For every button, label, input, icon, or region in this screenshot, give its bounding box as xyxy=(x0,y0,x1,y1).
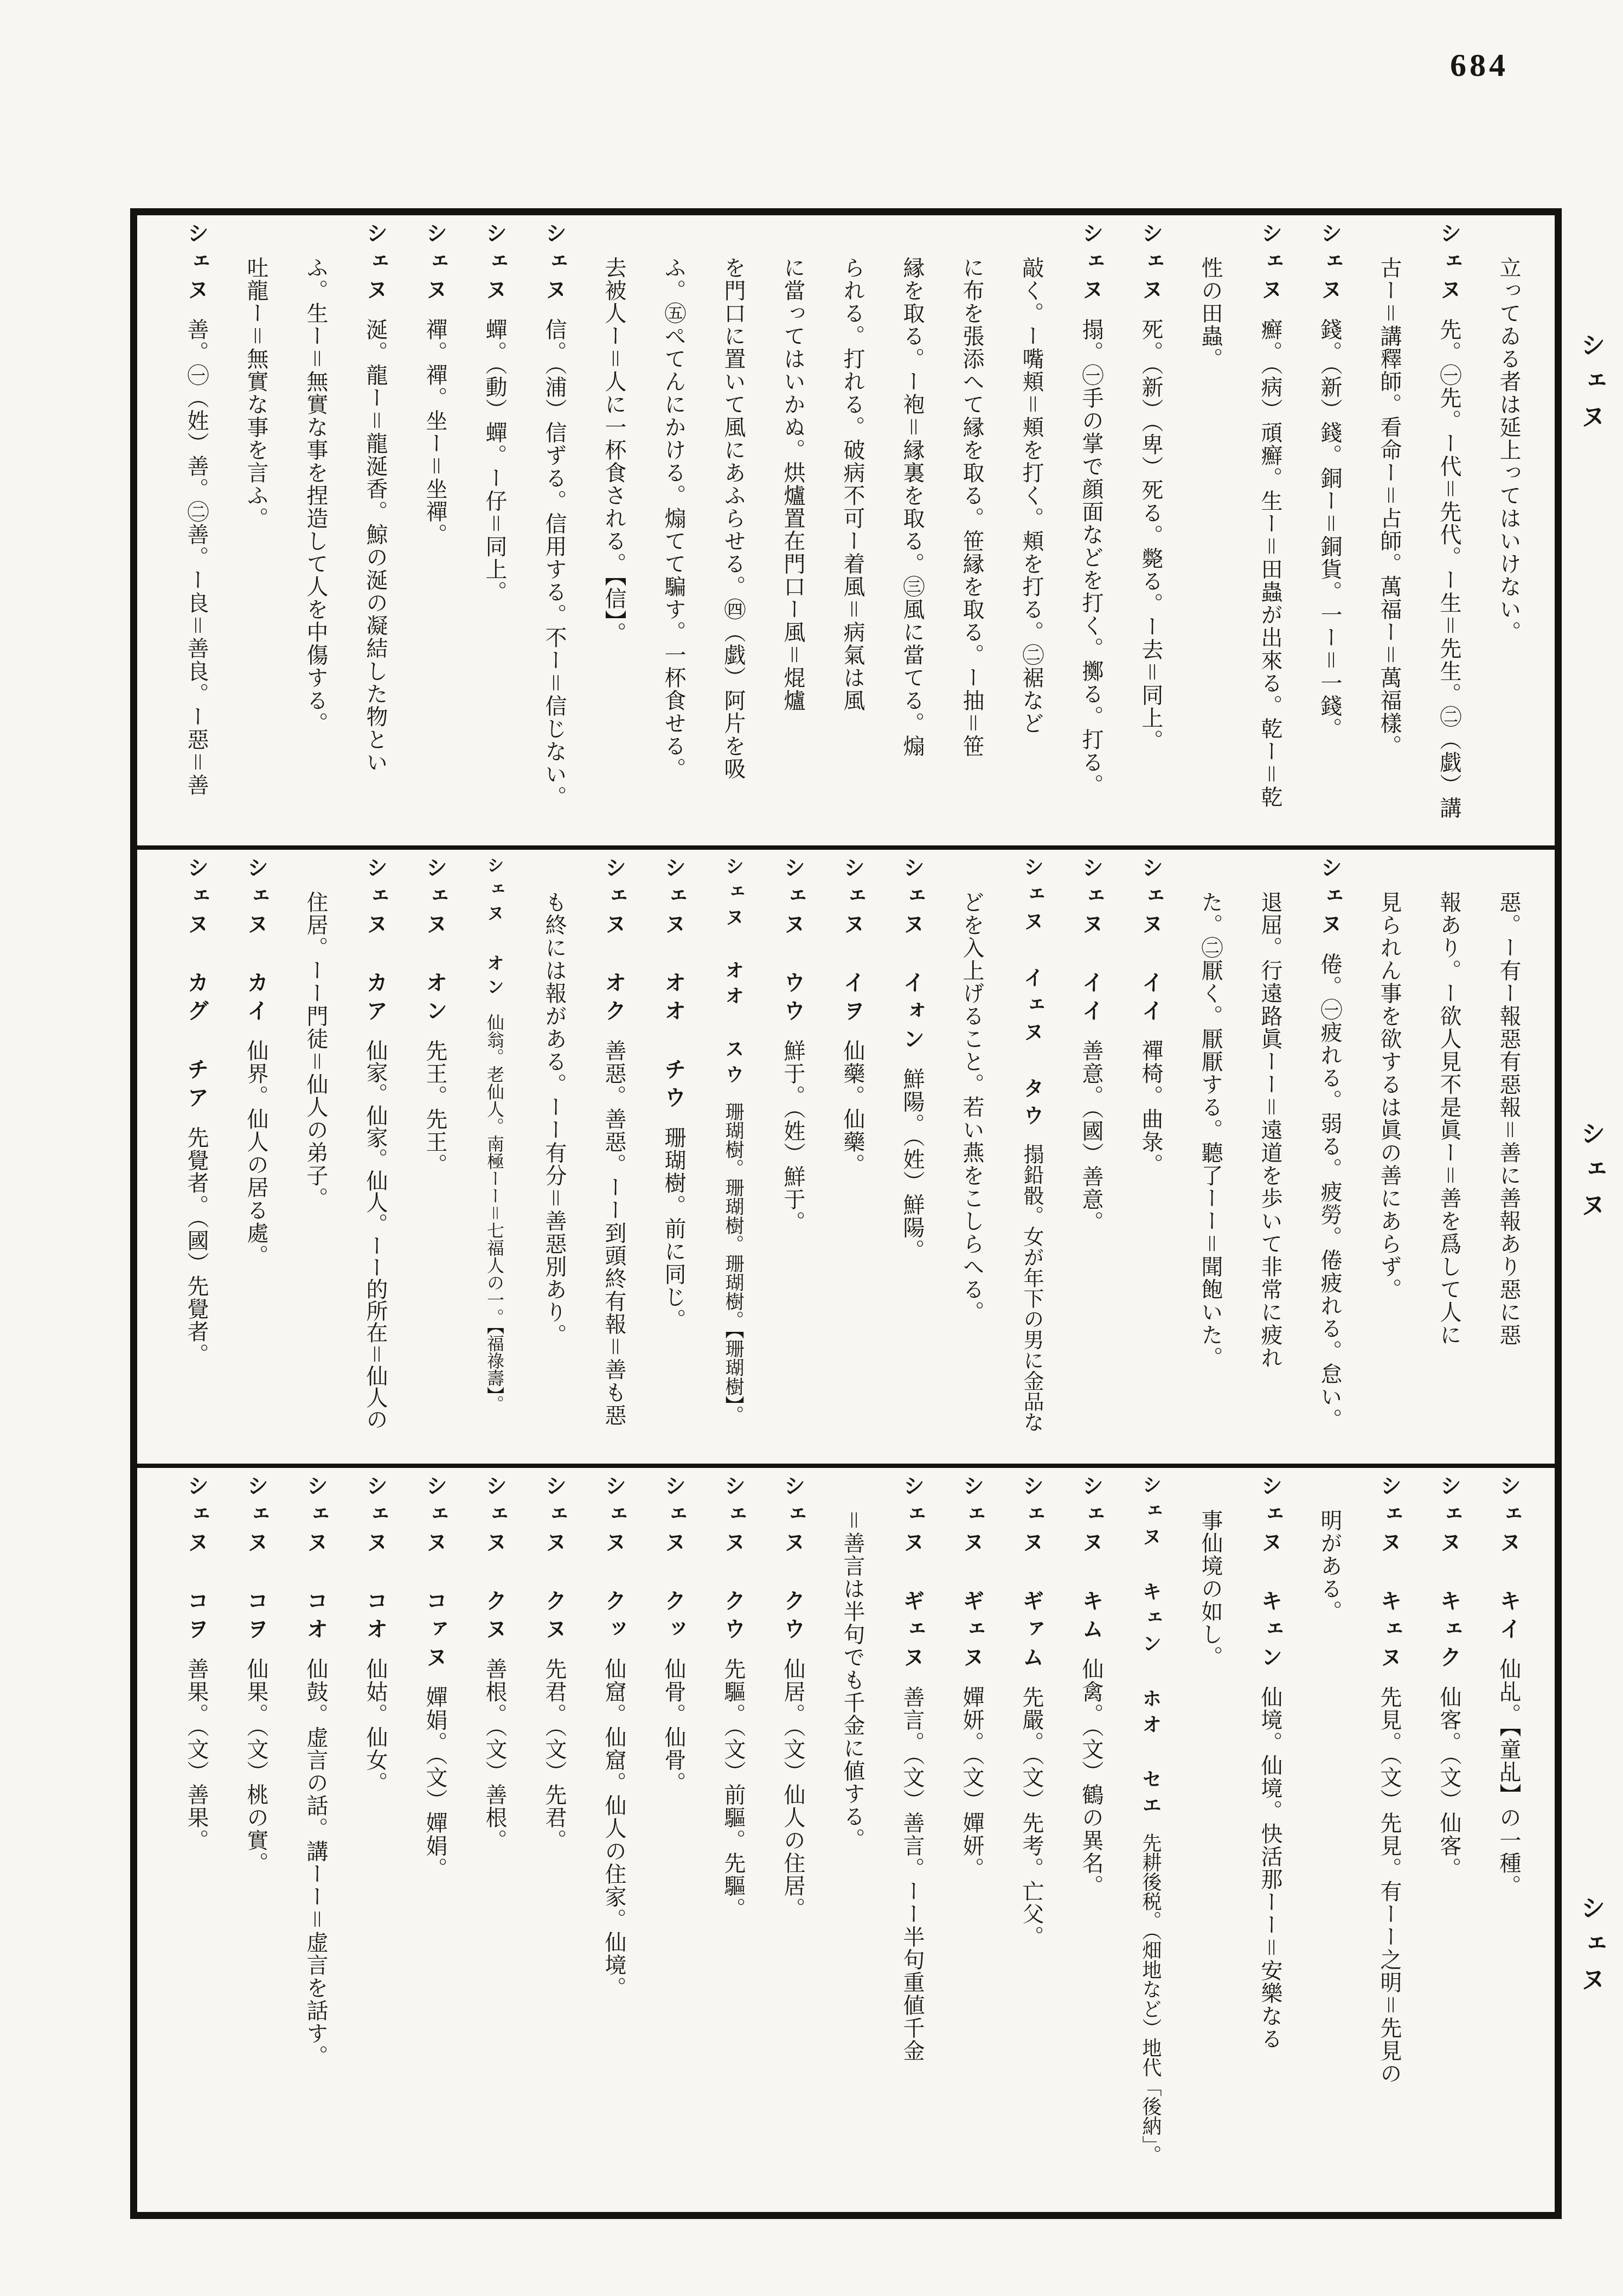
entry-headword: シェヌ イイ xyxy=(1139,856,1163,1040)
entry-column: シェヌ癬。（病）頑癬。生ー＝田蟲が出來る。乾ー＝乾 xyxy=(1240,222,1300,840)
entry-headword: シェヌ コオ xyxy=(363,1474,387,1658)
entry-text: 先耕後税。（畑地など）地代「後納」。 xyxy=(1140,1833,1162,2165)
entry-column: シェヌ ギェヌ嬋妍。（文）嬋妍。 xyxy=(942,1474,1002,2207)
entry-headword: シェヌ ギァム xyxy=(1019,1474,1043,1686)
entry-headword: シェヌ オン xyxy=(485,856,504,1014)
entry-text: 信。（浦）信ずる。信用する。不ー＝信じない。 xyxy=(542,318,567,809)
entry-column: シェヌ善。㊀（姓）善。㊁善。ー良＝善良。ー惡＝善 xyxy=(166,222,226,840)
entry-column: シェヌ倦。㊀疲れる。弱る。疲勞。倦疲れる。怠い。 xyxy=(1300,856,1359,1458)
entry-column: シェヌ オン仙翁。老仙人。南極ーー＝七福人の一。【福祿壽】。 xyxy=(465,856,524,1458)
entry-text: 先見。（文）先見。有ーー之明＝先見の xyxy=(1377,1686,1402,2085)
entry-column: シェヌ錢。（新）錢。銅ー＝銅貨。一ー＝一錢。 xyxy=(1300,222,1359,840)
entry-column: 性の田蟲。 xyxy=(1181,222,1240,840)
entry-headword: シェヌ オオ スウ xyxy=(723,856,744,1102)
entry-text: 禪椅。曲彔。 xyxy=(1139,1040,1163,1176)
entry-text: 仙骨。仙骨。 xyxy=(662,1658,686,1794)
entry-headword: シェヌ キェン ホオ セエ xyxy=(1140,1474,1162,1833)
entry-text: 善根。（文）善根。 xyxy=(483,1658,507,1852)
entry-column: シェヌ禪。禪。坐ー＝坐禪。 xyxy=(405,222,465,840)
entry-column: シェヌ コァヌ嬋娟。（文）嬋娟。 xyxy=(405,1474,465,2207)
band-bottom: シェヌ キイ仙乩。【童乩】の一種。シェヌ キェク仙客。（文）仙客。シェヌ キェヌ… xyxy=(137,1468,1555,2212)
entry-column: シェヌ イェヌ タウ搨鉛骰。女が年下の男に金品な xyxy=(1002,856,1061,1458)
entry-column: シェヌ ギェヌ善言。（文）善言。ーー半句重値千金 xyxy=(882,1474,942,2207)
entry-column: シェヌ信。（浦）信ずる。信用する。不ー＝信じない。 xyxy=(524,222,584,840)
entry-headword: シェヌ ウウ xyxy=(781,856,805,1040)
entry-text: 嬋娟。（文）嬋娟。 xyxy=(423,1686,447,1880)
entry-column: ふ。㊄ぺてんにかける。煽てて騙す。一杯食せる。 xyxy=(644,222,703,840)
entry-headword: シェヌ xyxy=(483,222,506,318)
entry-column: シェヌ キェヌ先見。（文）先見。有ーー之明＝先見の xyxy=(1359,1474,1419,2207)
margin-label-middle: シェヌ xyxy=(1574,1120,1609,1228)
entry-column: シェヌ クウ仙居。（文）仙人の住居。 xyxy=(763,1474,823,2207)
entry-text: 先覺者。（國）先覺者。 xyxy=(184,1126,209,1366)
page-number: 684 xyxy=(1420,47,1539,84)
entry-column: シェヌ搨。㊀手の掌で顔面などを打く。擲る。打る。 xyxy=(1061,222,1121,840)
entry-column: シェヌ キェン ホオ セエ先耕後税。（畑地など）地代「後納」。 xyxy=(1121,1474,1181,2207)
entry-headword: シェヌ ギェヌ xyxy=(960,1474,984,1686)
entry-text: 珊瑚樹。珊瑚樹。珊瑚樹。【珊瑚樹】。 xyxy=(723,1102,744,1425)
entry-column: どを入上げること。若い燕をこしらへる。 xyxy=(942,856,1002,1458)
entry-column: た。㊁厭く。厭厭する。聽了ーー＝聞飽いた。 xyxy=(1181,856,1240,1458)
entry-column: 退屈。行遠路眞ーー＝遠道を歩いて非常に疲れ xyxy=(1240,856,1300,1458)
entry-headword: シェヌ カア xyxy=(363,856,387,1040)
entry-headword: シェヌ カイ xyxy=(244,856,268,1040)
entry-text: 先嚴。（文）先考。亡父。 xyxy=(1019,1686,1044,1948)
entry-headword: シェヌ オン xyxy=(423,856,447,1040)
entry-text: 惡。ー有ー報惡有惡報＝善に善報あり惡に惡 xyxy=(1497,891,1521,1346)
entry-text: に當ってはいかぬ。烘爐置在門口ー風＝焜爐 xyxy=(781,256,805,712)
entry-text: 搨。㊀手の掌で顔面などを打く。擲る。打る。 xyxy=(1079,318,1104,797)
entry-text: 仙居。（文）仙人の住居。 xyxy=(781,1658,805,1920)
entry-column: シェヌ カグ チア先覺者。（國）先覺者。 xyxy=(166,856,226,1458)
entry-column: シェヌ コオ仙姑。仙女。 xyxy=(345,1474,405,2207)
entry-headword: シェヌ クウ xyxy=(721,1474,745,1658)
entry-column: シェヌ クヌ先君。（文）先君。 xyxy=(524,1474,584,2207)
entry-column: シェヌ オク善惡。善惡。ーー到頭終有報＝善も惡 xyxy=(584,856,644,1458)
entry-headword: シェヌ コオ xyxy=(304,1474,328,1658)
entry-column: シェヌ オオ スウ珊瑚樹。珊瑚樹。珊瑚樹。【珊瑚樹】。 xyxy=(703,856,763,1458)
entry-column: シェヌ キム仙禽。（文）鶴の異名。 xyxy=(1061,1474,1121,2207)
band-top: 立ってゐる者は延上ってはいけない。シェヌ先。㊀先。ー代＝先代。ー生＝先生。㊁（戯… xyxy=(137,215,1555,850)
entry-text: 鮮陽。（姓）鮮陽。 xyxy=(900,1068,925,1262)
entry-column: ＝善言は半句でも千金に値する。 xyxy=(823,1474,882,2207)
entry-text: 先。㊀先。ー代＝先代。ー生＝先生。㊁（戯）講 xyxy=(1437,318,1461,819)
entry-column: シェヌ ギァム先嚴。（文）先考。亡父。 xyxy=(1002,1474,1061,2207)
margin-label-bottom: シェヌ xyxy=(1574,1895,1609,2002)
entry-column: シェヌ クヌ善根。（文）善根。 xyxy=(465,1474,524,2207)
entry-column: シェヌ オオ チウ珊瑚樹。前に同じ。 xyxy=(644,856,703,1458)
entry-column: 去被人ー＝人に一杯食される。【信】。 xyxy=(584,222,644,840)
entry-column: シェヌ イヲ仙藥。仙藥。 xyxy=(823,856,882,1458)
entry-text: 性の田蟲。 xyxy=(1198,256,1223,370)
entry-column: シェヌ蟬。（動）蟬。ー仔＝同上。 xyxy=(465,222,524,840)
entry-text: 仙翁。老仙人。南極ーー＝七福人の一。【福祿壽】。 xyxy=(485,1014,504,1413)
entry-text: 善。㊀（姓）善。㊁善。ー良＝善良。ー惡＝善 xyxy=(184,318,209,797)
entry-text: 善果。（文）善果。 xyxy=(184,1658,209,1852)
entry-text: 明がある。 xyxy=(1318,1509,1342,1623)
entry-text: 蟬。（動）蟬。ー仔＝同上。 xyxy=(483,318,507,604)
entry-text: られる。打れる。破病不可ー着風＝病氣は風 xyxy=(841,256,865,712)
entry-headword: シェヌ コヲ xyxy=(244,1474,268,1658)
entry-headword: シェヌ xyxy=(1437,222,1461,318)
entry-column: シェヌ コヲ仙果。（文）桃の實。 xyxy=(226,1474,286,2207)
entry-headword: シェヌ クウ xyxy=(781,1474,805,1658)
entry-text: 見られん事を欲するは眞の善にあらず。 xyxy=(1377,891,1402,1301)
entry-headword: シェヌ イイ xyxy=(1079,856,1103,1040)
entry-headword: シェヌ xyxy=(423,222,447,318)
entry-text: 先王。先王。 xyxy=(423,1040,447,1176)
entry-text: 立ってゐる者は延上ってはいけない。 xyxy=(1497,256,1521,644)
entry-column: 吐龍ー＝無實な事を言ふ。 xyxy=(226,222,286,840)
entry-column: 立ってゐる者は延上ってはいけない。 xyxy=(1479,222,1538,840)
entry-text: 吐龍ー＝無實な事を言ふ。 xyxy=(244,256,268,530)
entry-headword: シェヌ ギェヌ xyxy=(900,1474,924,1686)
entry-text: どを入上げること。若い燕をこしらへる。 xyxy=(960,891,984,1324)
page-frame: 立ってゐる者は延上ってはいけない。シェヌ先。㊀先。ー代＝先代。ー生＝先生。㊁（戯… xyxy=(130,208,1562,2219)
entry-text: 古ー＝講釋師。看命ー＝占師。萬福ー＝萬福樣。 xyxy=(1377,256,1402,758)
entry-column: シェヌ クッ仙骨。仙骨。 xyxy=(644,1474,703,2207)
entry-text: 涎。龍ー＝龍涎香。鯨の涎の凝結した物とい xyxy=(363,318,388,774)
entry-column: シェヌ キイ仙乩。【童乩】の一種。 xyxy=(1479,1474,1538,2207)
entry-text: 先驅。（文）前驅。先驅。 xyxy=(721,1658,746,1920)
entry-text: 死。（新）（卑）死る。斃る。ー去＝同上。 xyxy=(1139,318,1163,752)
entry-column: シェヌ ウウ鮮于。（姓）鮮于。 xyxy=(763,856,823,1458)
entry-headword: シェヌ クッ xyxy=(602,1474,626,1658)
entry-text: ふ。㊄ぺてんにかける。煽てて騙す。一杯食せる。 xyxy=(662,256,686,780)
entry-column: シェヌ先。㊀先。ー代＝先代。ー生＝先生。㊁（戯）講 xyxy=(1419,222,1479,840)
entry-headword: シェヌ キイ xyxy=(1497,1474,1521,1658)
entry-text: 仙界。仙人の居る處。 xyxy=(244,1040,268,1267)
entry-text: 倦。㊀疲れる。弱る。疲勞。倦疲れる。怠い。 xyxy=(1318,953,1342,1431)
entry-text: 嬋妍。（文）嬋妍。 xyxy=(960,1686,984,1880)
entry-text: 仙姑。仙女。 xyxy=(363,1658,388,1794)
entry-text: 事仙境の如し。 xyxy=(1198,1509,1223,1669)
entry-headword: シェヌ xyxy=(1079,222,1103,318)
entry-headword: シェヌ クッ xyxy=(662,1474,685,1658)
entry-headword: シェヌ イェヌ タウ xyxy=(1020,856,1043,1144)
entry-headword: シェヌ コヲ xyxy=(184,1474,208,1658)
entry-column: 惡。ー有ー報惡有惡報＝善に善報あり惡に惡 xyxy=(1479,856,1538,1458)
entry-column: シェヌ死。（新）（卑）死る。斃る。ー去＝同上。 xyxy=(1121,222,1181,840)
entry-column: も終には報がある。ーー有分＝善惡別あり。 xyxy=(524,856,584,1458)
entry-text: 錢。（新）錢。銅ー＝銅貨。一ー＝一錢。 xyxy=(1318,318,1342,740)
entry-column: を門口に置いて風にあふらせる。㊃（戯）阿片を吸 xyxy=(703,222,763,840)
entry-column: 縁を取る。ー袍＝縁裏を取る。㊂風に當てる。煽 xyxy=(882,222,942,840)
entry-column: シェヌ イイ善意。（國）善意。 xyxy=(1061,856,1121,1458)
entry-headword: シェヌ クヌ xyxy=(542,1474,566,1658)
entry-text: 仙鼓。虚言の話。講ーー＝虚言を話す。 xyxy=(304,1658,328,2068)
entry-text: 珊瑚樹。前に同じ。 xyxy=(662,1126,686,1331)
entry-text: 去被人ー＝人に一杯食される。【信】。 xyxy=(602,256,626,645)
entry-column: 事仙境の如し。 xyxy=(1181,1474,1240,2207)
entry-text: ＝善言は半句でも千金に値する。 xyxy=(841,1509,865,1851)
entry-headword: シェヌ コァヌ xyxy=(423,1474,447,1686)
entry-text: 敲く。ー嘴頬＝頬を打く。頬を打る。㊁裾など xyxy=(1019,256,1044,735)
entry-headword: シェヌ イォン xyxy=(900,856,924,1068)
entry-headword: シェヌ キム xyxy=(1079,1474,1103,1658)
entry-text: 禪。禪。坐ー＝坐禪。 xyxy=(423,318,447,546)
entry-headword: シェヌ xyxy=(1258,222,1282,318)
entry-text: 仙禽。（文）鶴の異名。 xyxy=(1079,1658,1104,1897)
entry-text: 仙乩。【童乩】の一種。 xyxy=(1497,1658,1521,1897)
entry-column: 敲く。ー嘴頬＝頬を打く。頬を打る。㊁裾など xyxy=(1002,222,1061,840)
entry-headword: シェヌ オク xyxy=(602,856,626,1040)
entry-text: 仙藥。仙藥。 xyxy=(841,1040,865,1176)
entry-text: 仙果。（文）桃の實。 xyxy=(244,1658,268,1875)
entry-text: 仙窟。仙窟。仙人の住家。仙境。 xyxy=(602,1658,626,1999)
entry-column: に布を張添へて縁を取る。笹縁を取る。ー抽＝笹 xyxy=(942,222,1002,840)
entry-text: 先君。（文）先君。 xyxy=(542,1658,567,1852)
entry-text: 善意。（國）善意。 xyxy=(1079,1040,1104,1234)
entry-headword: シェヌ キェク xyxy=(1437,1474,1461,1686)
entry-text: ふ。生ー＝無實な事を捏造して人を中傷する。 xyxy=(304,256,328,735)
entry-text: 住居。ーー門徒＝仙人の弟子。 xyxy=(304,891,328,1210)
entry-column: に當ってはいかぬ。烘爐置在門口ー風＝焜爐 xyxy=(763,222,823,840)
entry-headword: シェヌ クヌ xyxy=(483,1474,506,1658)
entry-column: ふ。生ー＝無實な事を捏造して人を中傷する。 xyxy=(286,222,345,840)
entry-text: 仙家。仙家。仙人。ーー的所在＝仙人の xyxy=(363,1040,388,1430)
entry-text: 仙境。仙境。快活那ーー＝安樂なる xyxy=(1258,1686,1282,2050)
entry-text: 仙客。（文）仙客。 xyxy=(1437,1686,1461,1880)
entry-text: 縁を取る。ー袍＝縁裏を取る。㊂風に當てる。煽 xyxy=(900,256,925,758)
margin-label-top: シェヌ xyxy=(1574,332,1609,439)
entry-column: シェヌ クッ仙窟。仙窟。仙人の住家。仙境。 xyxy=(584,1474,644,2207)
entry-column: 見られん事を欲するは眞の善にあらず。 xyxy=(1359,856,1419,1458)
entry-text: 搨鉛骰。女が年下の男に金品な xyxy=(1020,1144,1043,1432)
entry-column: シェヌ クウ先驅。（文）前驅。先驅。 xyxy=(703,1474,763,2207)
entry-column: シェヌ涎。龍ー＝龍涎香。鯨の涎の凝結した物とい xyxy=(345,222,405,840)
entry-headword: シェヌ カグ チア xyxy=(184,856,208,1126)
entry-headword: シェヌ オオ チウ xyxy=(662,856,685,1126)
entry-text: 退屈。行遠路眞ーー＝遠道を歩いて非常に疲れ xyxy=(1258,891,1282,1369)
entry-column: シェヌ オン先王。先王。 xyxy=(405,856,465,1458)
entry-column: シェヌ キェン仙境。仙境。快活那ーー＝安樂なる xyxy=(1240,1474,1300,2207)
entry-column: シェヌ イイ禪椅。曲彔。 xyxy=(1121,856,1181,1458)
entry-text: 鮮于。（姓）鮮于。 xyxy=(781,1040,805,1234)
entry-text: た。㊁厭く。厭厭する。聽了ーー＝聞飽いた。 xyxy=(1198,891,1223,1369)
entry-column: シェヌ カア仙家。仙家。仙人。ーー的所在＝仙人の xyxy=(345,856,405,1458)
entry-headword: シェヌ キェン xyxy=(1258,1474,1282,1686)
entry-headword: シェヌ xyxy=(184,222,208,318)
entry-text: も終には報がある。ーー有分＝善惡別あり。 xyxy=(542,891,567,1346)
entry-text: に布を張添へて縁を取る。笹縁を取る。ー抽＝笹 xyxy=(960,256,984,758)
entry-text: を門口に置いて風にあふらせる。㊃（戯）阿片を吸 xyxy=(721,256,746,780)
entry-column: シェヌ コオ仙鼓。虚言の話。講ーー＝虚言を話す。 xyxy=(286,1474,345,2207)
entry-column: シェヌ キェク仙客。（文）仙客。 xyxy=(1419,1474,1479,2207)
entry-column: 住居。ーー門徒＝仙人の弟子。 xyxy=(286,856,345,1458)
entry-headword: シェヌ キェヌ xyxy=(1377,1474,1401,1686)
entry-headword: シェヌ xyxy=(1318,856,1342,953)
entry-column: 報あり。ー欲人見不是眞ー＝善を爲して人に xyxy=(1419,856,1479,1458)
entry-headword: シェヌ xyxy=(1139,222,1163,318)
entry-headword: シェヌ イヲ xyxy=(841,856,864,1040)
entry-headword: シェヌ xyxy=(363,222,387,318)
entry-column: 明がある。 xyxy=(1300,1474,1359,2207)
entry-column: シェヌ カイ仙界。仙人の居る處。 xyxy=(226,856,286,1458)
entry-headword: シェヌ xyxy=(1318,222,1342,318)
entry-text: 報あり。ー欲人見不是眞ー＝善を爲して人に xyxy=(1437,891,1461,1346)
entry-column: られる。打れる。破病不可ー着風＝病氣は風 xyxy=(823,222,882,840)
entry-column: 古ー＝講釋師。看命ー＝占師。萬福ー＝萬福樣。 xyxy=(1359,222,1419,840)
entry-text: 癬。（病）頑癬。生ー＝田蟲が出來る。乾ー＝乾 xyxy=(1258,318,1282,809)
entry-text: 善惡。善惡。ーー到頭終有報＝善も惡 xyxy=(602,1040,626,1427)
entry-column: シェヌ イォン鮮陽。（姓）鮮陽。 xyxy=(882,856,942,1458)
entry-text: 善言。（文）善言。ーー半句重値千金 xyxy=(900,1686,925,2062)
entry-column: シェヌ コヲ善果。（文）善果。 xyxy=(166,1474,226,2207)
entry-headword: シェヌ xyxy=(542,222,566,318)
band-middle: 惡。ー有ー報惡有惡報＝善に善報あり惡に惡報あり。ー欲人見不是眞ー＝善を爲して人に… xyxy=(137,850,1555,1468)
